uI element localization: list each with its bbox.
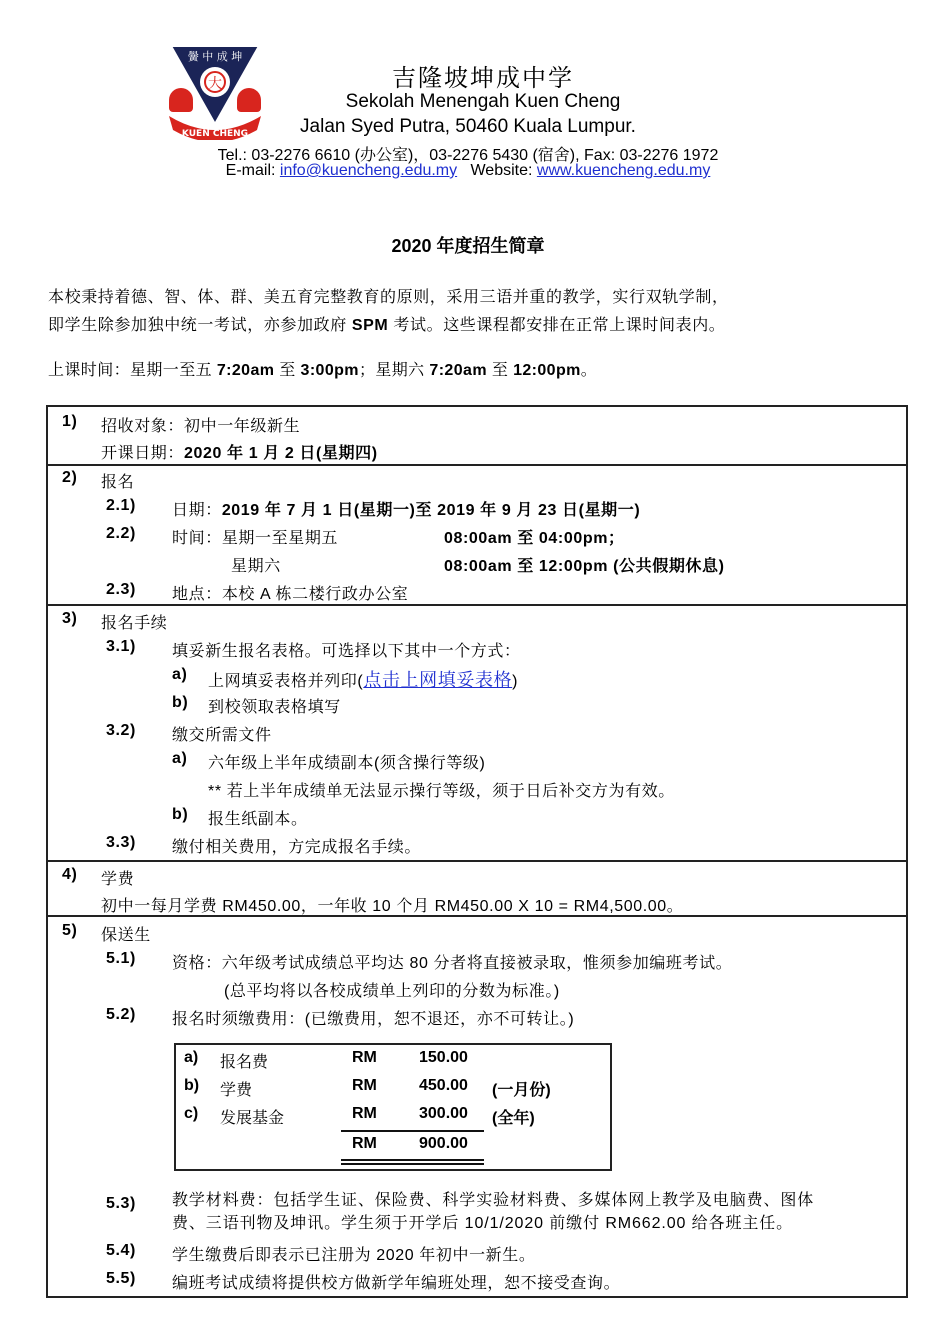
sub-label: b) [172, 806, 188, 824]
section-title: 报名 [101, 469, 134, 492]
intro-text: 考试。这些课程都安排在正常上课时间表内。 [388, 317, 725, 334]
school-contact-web: E-mail: info@kuencheng.edu.my Website: w… [0, 162, 936, 180]
item-number: 5.3) [106, 1195, 136, 1213]
value: 2020 年 1 月 2 日(星期四) [184, 445, 378, 462]
value: 本校 A 栋二楼行政办公室 [222, 586, 408, 603]
eligibility-text: 资格：六年级考试成绩总平均达 80 分者将直接被录取，惟须参加编班考试。 [172, 950, 732, 973]
section-1-start-date: 开课日期：2020 年 1 月 2 日(星期四) [101, 440, 378, 463]
label: 开课日期： [101, 445, 184, 462]
fee-label: a) [184, 1049, 198, 1067]
fee-currency: RM [352, 1105, 377, 1123]
placement-exam-text: 编班考试成绩将提供校方做新学年编班处理，恕不接受查询。 [172, 1270, 620, 1293]
total-double-rule [341, 1163, 484, 1165]
hours-value: 3:00pm [301, 362, 359, 379]
fee-currency: RM [352, 1077, 377, 1095]
tuition-fee-text: 初中一每月学费 RM450.00，一年收 10 个月 RM450.00 X 10… [101, 893, 683, 916]
online-form-option: 上网填妥表格并列印(点击上网填妥表格) [208, 666, 518, 692]
school-form-option: 到校领取表格填写 [208, 694, 341, 717]
item-number: 2.3) [106, 581, 136, 599]
email-label: E-mail: [226, 162, 280, 179]
fee-currency: RM [352, 1135, 377, 1153]
fee-amount: 150.00 [419, 1049, 468, 1067]
hours-value: 7:20am [217, 362, 275, 379]
sub-label: a) [172, 750, 187, 768]
fee-total-amount: 900.00 [419, 1135, 468, 1153]
intro-text: 即学生除参加独中统一考试，亦参加政府 [48, 317, 352, 334]
fee-currency: RM [352, 1049, 377, 1067]
materials-fee-line-2: 费、三语刊物及坤讯。学生须于开学后 10/1/2020 前缴付 RM662.00… [172, 1210, 793, 1233]
section-title: 报名手续 [101, 610, 167, 633]
website-link[interactable]: www.kuencheng.edu.my [537, 162, 710, 179]
section-number: 4) [62, 866, 77, 884]
document-birth-cert: 报生纸副本。 [208, 806, 308, 829]
registration-date: 日期：2019 年 7 月 1 日(星期一)至 2019 年 9 月 23 日(… [172, 497, 640, 520]
school-name-chinese: 吉隆坡坤成中学 [0, 58, 936, 93]
section-number: 3) [62, 610, 77, 628]
documents-title: 缴交所需文件 [172, 722, 272, 745]
fee-item: 发展基金 [220, 1105, 284, 1128]
text: ) [512, 673, 518, 690]
intro-line-2: 即学生除参加独中统一考试，亦参加政府 SPM 考试。这些课程都安排在正常上课时间… [48, 312, 729, 340]
label: 日期： [172, 502, 222, 519]
intro-spm: SPM [352, 317, 388, 334]
fee-item: 报名费 [220, 1049, 268, 1072]
fee-amount: 300.00 [419, 1105, 468, 1123]
school-address: Jalan Syed Putra, 50460 Kuala Lumpur. [0, 116, 936, 138]
fee-note: (全年) [492, 1105, 535, 1128]
item-number: 5.1) [106, 950, 136, 968]
label: 地点： [172, 586, 222, 603]
fee-item: 学费 [220, 1077, 252, 1100]
hours-text: 至 [274, 362, 300, 379]
sub-label: a) [172, 666, 187, 684]
section-divider [48, 604, 906, 606]
value: 2019 年 7 月 1 日(星期一)至 2019 年 9 月 23 日(星期一… [222, 502, 641, 519]
saturday-label: 星期六 [231, 553, 281, 576]
item-number: 2.1) [106, 497, 136, 515]
hours-text: 至 [487, 362, 513, 379]
total-double-rule [341, 1159, 484, 1161]
item-number: 3.1) [106, 638, 136, 656]
fee-amount: 450.00 [419, 1077, 468, 1095]
document-title: 2020 年度招生简章 [0, 232, 936, 258]
hours-value: 7:20am [429, 362, 487, 379]
document-report-card: 六年级上半年成绩副本(须含操行等级) [208, 750, 485, 773]
hours-text: ；星期六 [359, 362, 429, 379]
registration-confirm-text: 学生缴费后即表示已注册为 2020 年初中一新生。 [172, 1242, 536, 1265]
section-number: 2) [62, 469, 77, 487]
payment-instruction: 缴付相关费用，方完成报名手续。 [172, 834, 421, 857]
fees-title: 报名时须缴费用：(已缴费用，恕不退还，亦不可转让。) [172, 1006, 574, 1029]
weekday-range: 星期一至星期五 [222, 530, 338, 547]
subtotal-rule [341, 1130, 484, 1132]
sub-label: b) [172, 694, 188, 712]
section-1-target: 招收对象：初中一年级新生 [101, 413, 300, 436]
hours-label: 上课时间：星期一至五 [48, 362, 217, 379]
fee-label: b) [184, 1077, 199, 1095]
website-label: Website: [470, 162, 536, 179]
saturday-hours: 08:00am 至 12:00pm (公共假期休息) [444, 553, 725, 576]
weekday-hours: 08:00am 至 04:00pm； [444, 525, 625, 548]
class-hours: 上课时间：星期一至五 7:20am 至 3:00pm；星期六 7:20am 至 … [48, 357, 597, 380]
online-form-link[interactable]: 点击上网填妥表格 [363, 670, 512, 690]
item-number: 5.4) [106, 1242, 136, 1260]
text: 上网填妥表格并列印( [208, 673, 363, 690]
item-number: 2.2) [106, 525, 136, 543]
item-number: 3.2) [106, 722, 136, 740]
intro-line-1: 本校秉持着德、智、体、群、美五育完整教育的原则，采用三语并重的教学，实行双轨学制… [48, 284, 729, 312]
fee-label: c) [184, 1105, 198, 1123]
intro-paragraph: 本校秉持着德、智、体、群、美五育完整教育的原则，采用三语并重的教学，实行双轨学制… [48, 284, 729, 340]
fee-breakdown-table: a) 报名费 RM 150.00 b) 学费 RM 450.00 (一月份) c… [174, 1043, 612, 1171]
hours-text: 。 [581, 362, 597, 379]
form-instruction: 填妥新生报名表格。可选择以下其中一个方式： [172, 638, 521, 661]
section-number: 1) [62, 413, 77, 431]
item-number: 5.2) [106, 1006, 136, 1024]
section-divider [48, 464, 906, 466]
section-title: 保送生 [101, 922, 151, 945]
section-number: 5) [62, 922, 77, 940]
fee-note: (一月份) [492, 1077, 551, 1100]
school-name-english: Sekolah Menengah Kuen Cheng [0, 91, 936, 113]
item-number: 3.3) [106, 834, 136, 852]
registration-time-label: 时间：星期一至星期五 [172, 525, 338, 548]
materials-fee-line-1: 教学材料费：包括学生证、保险费、科学实验材料费、多媒体网上教学及电脑费、图体 [172, 1187, 814, 1210]
item-number: 5.5) [106, 1270, 136, 1288]
hours-value: 12:00pm [513, 362, 581, 379]
document-note: ** 若上半年成绩单无法显示操行等级，须于日后补交方为有效。 [208, 778, 675, 801]
registration-location: 地点：本校 A 栋二楼行政办公室 [172, 581, 408, 604]
email-link[interactable]: info@kuencheng.edu.my [280, 162, 457, 179]
eligibility-note: (总平均将以各校成绩单上列印的分数为标准。) [224, 978, 560, 1001]
section-divider [48, 860, 906, 862]
section-title: 学费 [101, 866, 134, 889]
label: 时间： [172, 530, 222, 547]
